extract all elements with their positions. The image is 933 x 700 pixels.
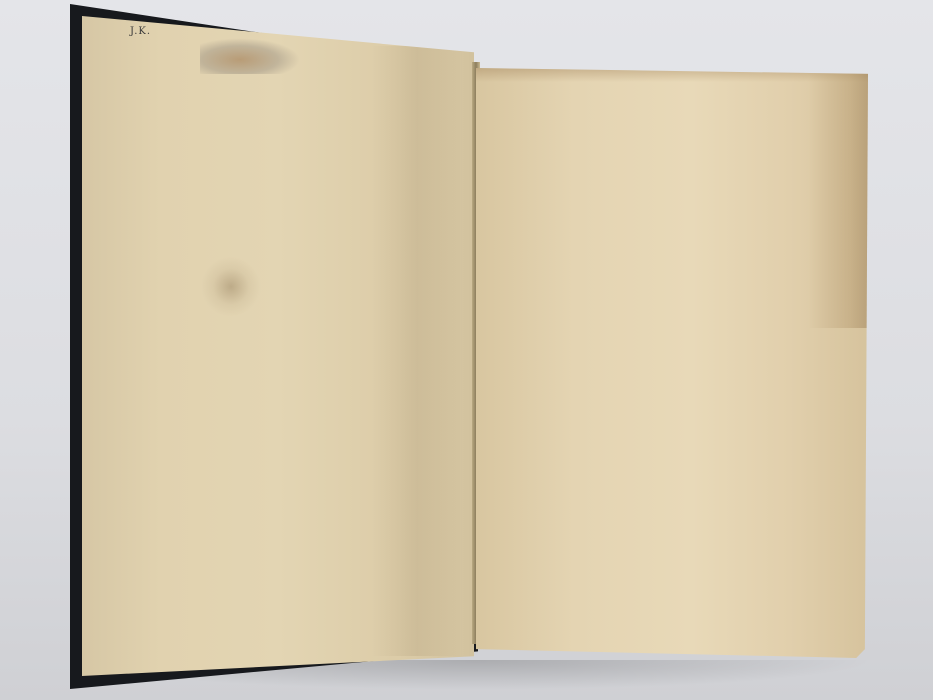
photo-scene: J.K. xyxy=(0,0,933,700)
page-fold-shading xyxy=(372,46,462,656)
left-endpaper: J.K. xyxy=(82,16,474,676)
right-flyleaf xyxy=(476,68,868,658)
tape-stain xyxy=(200,38,300,74)
handwritten-initials: J.K. xyxy=(130,26,151,37)
corner-water-stain xyxy=(808,68,868,328)
